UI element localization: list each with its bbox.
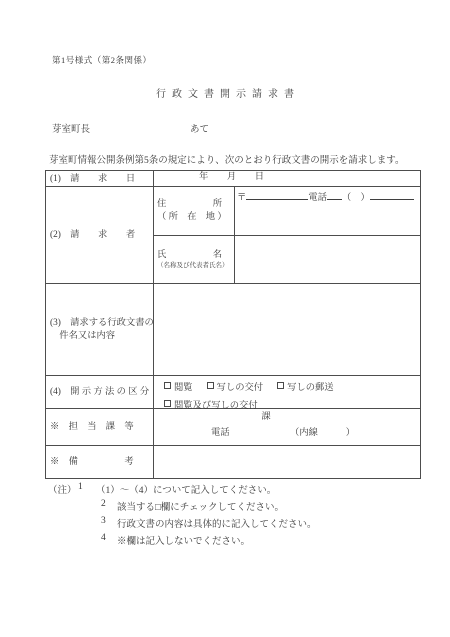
- document-subject-label: (3) 請求する行政文書の 件名又は内容: [46, 284, 154, 375]
- postal-phone-line: 〒電話（ ）: [237, 189, 414, 203]
- note-line: （注） 1 （1）〜（4）について記入してください。: [48, 482, 317, 499]
- note-number: 2: [101, 499, 117, 509]
- option-copy-mailing: 写しの郵送: [277, 379, 334, 393]
- form-number: 第1号様式（第2条関係）: [52, 54, 152, 66]
- row-remarks: ※ 備 考: [46, 445, 420, 478]
- remarks-input-area: [154, 446, 420, 478]
- notes-prefix: （注）: [48, 482, 78, 496]
- disclosure-method-options: 閲覧 写しの交付 写しの郵送 閲覧及び写しの交付: [154, 376, 420, 408]
- request-date-label: (1) 請 求 日: [46, 171, 154, 186]
- row-request-date: (1) 請 求 日 年 月 日: [46, 171, 420, 186]
- note-line: 4 ※欄は記入しないでください。: [101, 533, 317, 550]
- request-form-table: (1) 請 求 日 年 月 日 (2) 請 求 者 住 所 （ 所 在 地 ） …: [45, 170, 421, 479]
- document-subject-input-area: [154, 284, 420, 375]
- requester-name-row: 氏 名 （名称及び代表者氏名）: [154, 235, 420, 284]
- recipient-line: 芽室町長あて: [52, 121, 209, 135]
- name-label: 氏 名 （名称及び代表者氏名）: [154, 236, 235, 284]
- row-requester: (2) 請 求 者 住 所 （ 所 在 地 ） 〒電話（ ）: [46, 186, 420, 283]
- note-line: 2 該当する□欄にチェックしてください。: [101, 499, 317, 516]
- note-line: 3 行政文書の内容は具体的に記入してください。: [101, 516, 317, 533]
- notes-section: （注） 1 （1）〜（4）について記入してください。 2 該当する□欄にチェック…: [48, 482, 317, 550]
- note-number: 1: [78, 482, 96, 492]
- note-text: （1）〜（4）について記入してください。: [96, 482, 276, 496]
- address-input-area: 〒電話（ ）: [235, 187, 420, 235]
- note-number: 4: [101, 533, 117, 543]
- row-document-subject: (3) 請求する行政文書の 件名又は内容: [46, 283, 420, 375]
- postal-underline: [246, 191, 308, 200]
- recipient-suffix: あて: [190, 125, 209, 135]
- note-text: 行政文書の内容は具体的に記入してください。: [117, 516, 317, 530]
- division-phone-line: 電話 （内線 ）: [154, 427, 420, 439]
- recipient-name: 芽室町長: [52, 121, 190, 135]
- checkbox-icon: [207, 382, 214, 389]
- responsible-division-value: 課 電話 （内線 ）: [154, 409, 420, 445]
- phone-paren: （ ）: [342, 193, 370, 203]
- option-inspection: 閲覧: [164, 379, 193, 393]
- request-date-value: 年 月 日: [154, 171, 420, 186]
- checkbox-icon: [164, 400, 171, 407]
- row-responsible-division: ※ 担 当 課 等 課 電話 （内線 ）: [46, 408, 420, 445]
- note-text: 該当する□欄にチェックしてください。: [117, 499, 284, 513]
- note-text: ※欄は記入しないでください。: [117, 533, 250, 547]
- checkbox-icon: [164, 382, 171, 389]
- phone-label: 電話: [308, 193, 327, 203]
- division-suffix: 課: [154, 411, 420, 423]
- page-title: 行政文書開示請求書: [0, 85, 450, 100]
- disclosure-method-label: (4) 開 示 方 法 の 区 分: [46, 376, 154, 408]
- responsible-division-label: ※ 担 当 課 等: [46, 409, 154, 445]
- postal-mark: 〒: [237, 193, 246, 203]
- requester-label: (2) 請 求 者: [46, 187, 154, 283]
- phone-underline-1: [327, 191, 342, 200]
- form-page: 第1号様式（第2条関係） 行政文書開示請求書 芽室町長あて 芽室町情報公開条例第…: [0, 0, 450, 637]
- checkbox-icon: [277, 382, 284, 389]
- address-label: 住 所 （ 所 在 地 ）: [154, 187, 235, 235]
- remarks-label: ※ 備 考: [46, 446, 154, 478]
- row-disclosure-method: (4) 開 示 方 法 の 区 分 閲覧 写しの交付 写しの郵送 閲覧及び写しの…: [46, 375, 420, 408]
- phone-underline-2: [370, 191, 414, 200]
- option-copy-delivery: 写しの交付: [207, 379, 264, 393]
- name-input-area: [235, 236, 420, 284]
- intro-sentence: 芽室町情報公開条例第5条の規定により、次のとおり行政文書の開示を請求します。: [49, 152, 434, 166]
- requester-address-row: 住 所 （ 所 在 地 ） 〒電話（ ）: [154, 187, 420, 235]
- note-number: 3: [101, 516, 117, 526]
